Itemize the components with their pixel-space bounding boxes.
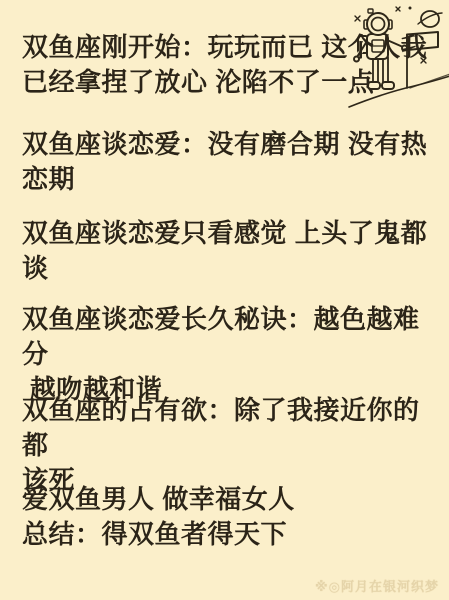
text-line: 双鱼座谈恋爱：没有磨合期 没有热 — [22, 127, 441, 162]
zodiac-meme-page: 双鱼座刚开始：玩玩而已 这个人我 已经拿捏了放心 沦陷不了一点 双鱼座谈恋爱：没… — [0, 0, 449, 600]
text-line: 已经拿捏了放心 沦陷不了一点 — [22, 65, 441, 100]
text-line: 谈 — [22, 251, 441, 286]
text-block-dating: 双鱼座谈恋爱：没有磨合期 没有热 恋期 — [22, 127, 441, 197]
text-line: 双鱼座谈恋爱长久秘诀：越色越难分 — [22, 302, 441, 372]
text-block-secret: 双鱼座谈恋爱长久秘诀：越色越难分 越吻越和谐 — [22, 302, 441, 407]
text-block-feelings: 双鱼座谈恋爱只看感觉 上头了鬼都 谈 — [22, 216, 441, 286]
saturn-icon — [418, 11, 442, 27]
text-line: 双鱼座的占有欲：除了我接近你的都 — [22, 393, 441, 463]
text-line: 总结：得双鱼者得天下 — [22, 517, 441, 552]
watermark: ※◎阿月在银河织梦 — [315, 576, 439, 595]
text-line: 爱双鱼男人 做幸福女人 — [22, 482, 441, 517]
text-block-summary: 爱双鱼男人 做幸福女人 总结：得双鱼者得天下 — [22, 482, 441, 552]
text-block-opening: 双鱼座刚开始：玩玩而已 这个人我 已经拿捏了放心 沦陷不了一点 — [22, 30, 441, 100]
text-line: 恋期 — [22, 162, 441, 197]
text-line: 双鱼座谈恋爱只看感觉 上头了鬼都 — [22, 216, 441, 251]
text-line: 双鱼座刚开始：玩玩而已 这个人我 — [22, 30, 441, 65]
